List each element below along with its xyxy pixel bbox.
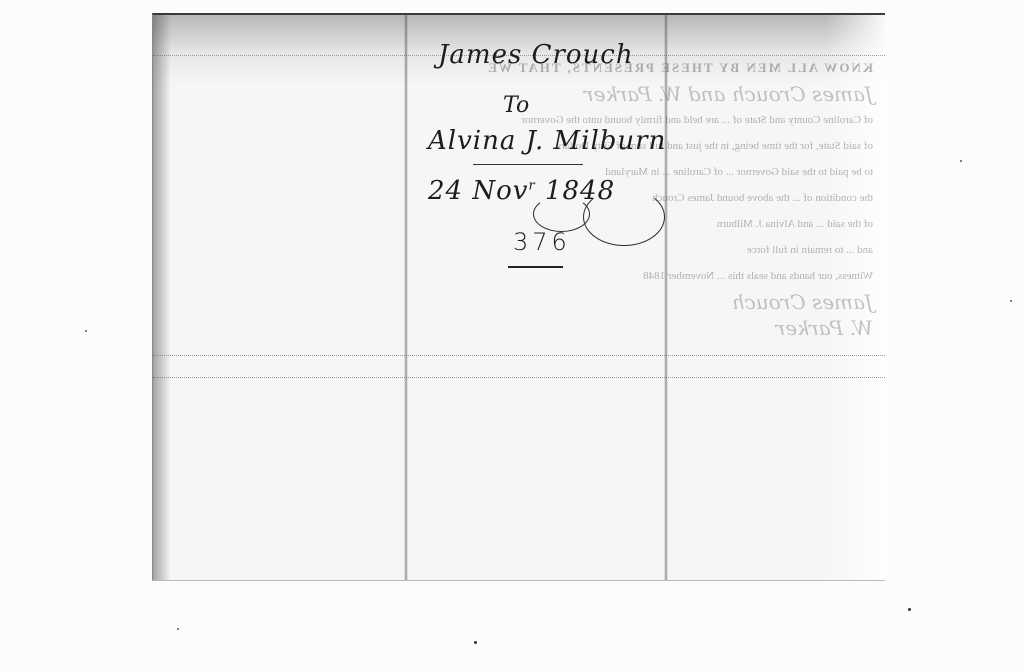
date-suffix: r: [528, 178, 535, 193]
scan-speck: [85, 330, 87, 332]
docket-underline: [473, 164, 583, 165]
grime-left: [153, 15, 171, 580]
groom-name: James Crouch: [438, 40, 634, 70]
docket-number: 376: [513, 228, 571, 256]
date-month: Nov: [472, 176, 528, 206]
scan-speck: [474, 641, 477, 644]
scan-speck: [908, 608, 911, 611]
bleed-line: James Crouch and W. Parker: [213, 81, 873, 107]
docket-date: 24 Novr 1848: [428, 176, 615, 206]
scan-speck: [177, 628, 179, 630]
date-day: 24: [428, 176, 463, 206]
number-underline: [508, 266, 563, 268]
bleed-signature: James Crouch: [213, 289, 873, 315]
fold-line-right: [664, 15, 668, 580]
docket-connector: To: [503, 93, 529, 118]
scan-speck: [1010, 300, 1012, 302]
bride-name: Alvina J. Milburn: [428, 126, 666, 156]
flourish-loop: [533, 196, 590, 232]
flourish-loop: [583, 188, 665, 246]
bleed-signature: W. Parker: [213, 315, 873, 341]
bleed-rule: [153, 355, 885, 357]
fold-line-left: [404, 15, 408, 580]
scan-speck: [960, 160, 962, 162]
bleed-rule: [153, 377, 885, 379]
